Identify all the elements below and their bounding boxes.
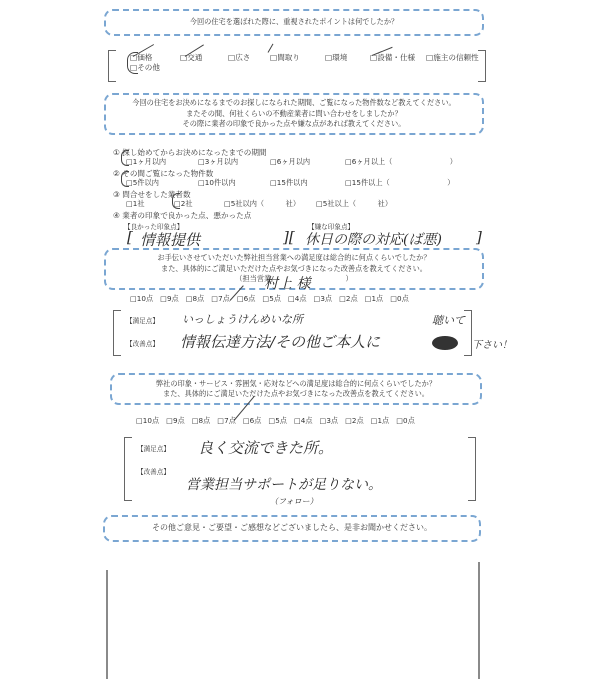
circle-mark-icon	[127, 52, 138, 74]
q2-sub3-options: 1社 2社 5社以内（ 社） 5社以上（ 社）	[126, 199, 392, 209]
q3-bracket-right	[464, 310, 472, 356]
q2-line-2: またその間、何社くらいの不動産業者に問い合わせをしましたか？	[106, 109, 482, 120]
q4-bracket-left	[124, 437, 132, 501]
q4-line-2: また、具体的にご満足いただけた点やお気づきになった改善点を教えてください。	[112, 389, 480, 400]
q3-score-option[interactable]: 5点	[262, 294, 281, 304]
q3-score-option[interactable]: 10点	[130, 294, 153, 304]
circle-mark-icon	[121, 171, 129, 187]
q4-improve-note-below: （フォロー）	[270, 496, 318, 507]
q2-line-1: 今回の住宅をお決めになるまでのお探しになられた期間、ご覧になった物件数など教えて…	[106, 98, 482, 109]
comment-area[interactable]	[108, 565, 477, 679]
q5-question-box: その他ご意見・ご要望・ご感想などございましたら、是非お聞かせください。	[103, 515, 481, 542]
q3-score-option[interactable]: 9点	[160, 294, 179, 304]
q3-score-option[interactable]: 1点	[365, 294, 384, 304]
q2-sub2-options: 5件以内 10件以内 15件以内 15件以上（ ）	[126, 178, 454, 188]
q4-satisfied-answer[interactable]: 良く交流できた所。	[198, 437, 333, 458]
period-option-4[interactable]: 6ヶ月以上（ ）	[345, 157, 457, 167]
q1-option-environment[interactable]: 環境	[325, 52, 347, 63]
bracket-open: [	[127, 228, 133, 246]
q3-score-option[interactable]: 3点	[314, 294, 333, 304]
q3-improve-overflow: 下さい！	[472, 336, 512, 351]
count-option-2[interactable]: 10件以内	[198, 178, 270, 188]
staff-name-answer[interactable]: 村上 様	[264, 273, 310, 293]
q4-score-option[interactable]: 0点	[396, 416, 415, 426]
q3-improve-label: 【改善点】	[126, 338, 159, 348]
q1-bracket-left	[108, 50, 116, 82]
q4-question-box: 弊社の印象・サービス・雰囲気・応対などへの満足度は総合的に何点くらいでしたか？ …	[110, 373, 482, 405]
bad-impression-answer[interactable]: 休日の際の対応(ば悪)	[305, 229, 442, 249]
q3-bracket-left	[113, 310, 121, 356]
agency-option-3[interactable]: 5社以内（ 社）	[224, 199, 316, 209]
q3-score-option[interactable]: 7点	[211, 294, 230, 304]
q4-improve-label: 【改善点】	[137, 466, 170, 476]
q4-improve-answer[interactable]: 営業担当サポートが足りない。	[186, 474, 382, 494]
q1-option-builder-trust[interactable]: 施主の信頼性	[426, 52, 479, 63]
agency-option-2[interactable]: 2社	[174, 199, 224, 209]
q1-option-size[interactable]: 広さ	[228, 52, 250, 63]
q2-line-3: その際に業者の印象で良かった点や嫌な点があれば教えてください。	[106, 119, 482, 130]
comment-area-right-border	[478, 562, 480, 679]
q3-score-option[interactable]: 6点	[237, 294, 256, 304]
q1-option-layout[interactable]: 間取り	[270, 52, 300, 63]
q4-score-option[interactable]: 9点	[166, 416, 185, 426]
q4-score-options: 10点9点8点7点6点5点4点3点2点1点0点	[136, 416, 415, 426]
q4-score-option[interactable]: 5点	[268, 416, 287, 426]
q4-score-option[interactable]: 7点	[217, 416, 236, 426]
q3-improve-answer[interactable]: 情報伝達方法/その他ご本人に	[180, 331, 380, 352]
q4-score-option[interactable]: 2点	[345, 416, 364, 426]
q3-score-option[interactable]: 4点	[288, 294, 307, 304]
period-option-2[interactable]: 3ヶ月以内	[198, 157, 270, 167]
bracket-close: ]	[476, 228, 482, 246]
q3-improve-note-above: 聴いて	[432, 312, 465, 328]
scribble-mark	[432, 336, 458, 350]
q4-score-option[interactable]: 4点	[294, 416, 313, 426]
q4-score-option[interactable]: 8点	[192, 416, 211, 426]
q3-line-1: お手伝いさせていただいた弊社担当営業への満足度は総合的に何点くらいでしたか？	[106, 253, 482, 264]
q1-bracket-right	[478, 50, 486, 82]
q4-score-option[interactable]: 1点	[371, 416, 390, 426]
q3-score-options: 10点9点8点7点6点5点4点3点2点1点0点	[130, 294, 409, 304]
q4-satisfied-label: 【満足点】	[137, 443, 170, 453]
q4-line-1: 弊社の印象・サービス・雰囲気・応対などへの満足度は総合的に何点くらいでしたか？	[112, 379, 480, 390]
q2-sub1-options: 1ヶ月以内 3ヶ月以内 6ヶ月以内 6ヶ月以上（ ）	[126, 157, 457, 167]
q2-question-box: 今回の住宅をお決めになるまでのお探しになられた期間、ご覧になった物件数など教えて…	[104, 93, 484, 135]
circle-mark-icon	[172, 193, 180, 209]
q5-title: その他ご意見・ご要望・ご感想などございましたら、是非お聞かせください。	[105, 523, 479, 534]
circle-mark-icon	[121, 150, 129, 166]
count-option-3[interactable]: 15件以内	[270, 178, 345, 188]
q3-satisfied-answer[interactable]: いっしょうけんめいな所	[182, 311, 303, 327]
q3-score-option[interactable]: 0点	[390, 294, 409, 304]
count-option-4[interactable]: 15件以上（ ）	[345, 178, 454, 188]
q4-score-option[interactable]: 6点	[243, 416, 262, 426]
q2-sub4-heading: ④ 業者の印象で良かった点、悪かった点	[113, 210, 251, 221]
q3-score-option[interactable]: 2点	[339, 294, 358, 304]
period-option-3[interactable]: 6ヶ月以内	[270, 157, 345, 167]
q4-bracket-right	[468, 437, 476, 501]
bracket-pair: ][	[283, 228, 295, 246]
q1-option-transport[interactable]: 交通	[180, 52, 202, 63]
q1-title: 今回の住宅を選ばれた際に、重視されたポイントは何でしたか？	[106, 17, 482, 28]
q3-satisfied-label: 【満足点】	[126, 315, 159, 325]
count-option-1[interactable]: 5件以内	[126, 178, 198, 188]
period-option-1[interactable]: 1ヶ月以内	[126, 157, 198, 167]
q3-score-option[interactable]: 8点	[186, 294, 205, 304]
q4-score-option[interactable]: 10点	[136, 416, 159, 426]
good-impression-answer[interactable]: 情報提供	[140, 229, 200, 250]
q4-score-option[interactable]: 3点	[320, 416, 339, 426]
agency-option-4[interactable]: 5社以上（ 社）	[316, 199, 392, 209]
q1-question-box: 今回の住宅を選ばれた際に、重視されたポイントは何でしたか？	[104, 9, 484, 36]
agency-option-1[interactable]: 1社	[126, 199, 174, 209]
